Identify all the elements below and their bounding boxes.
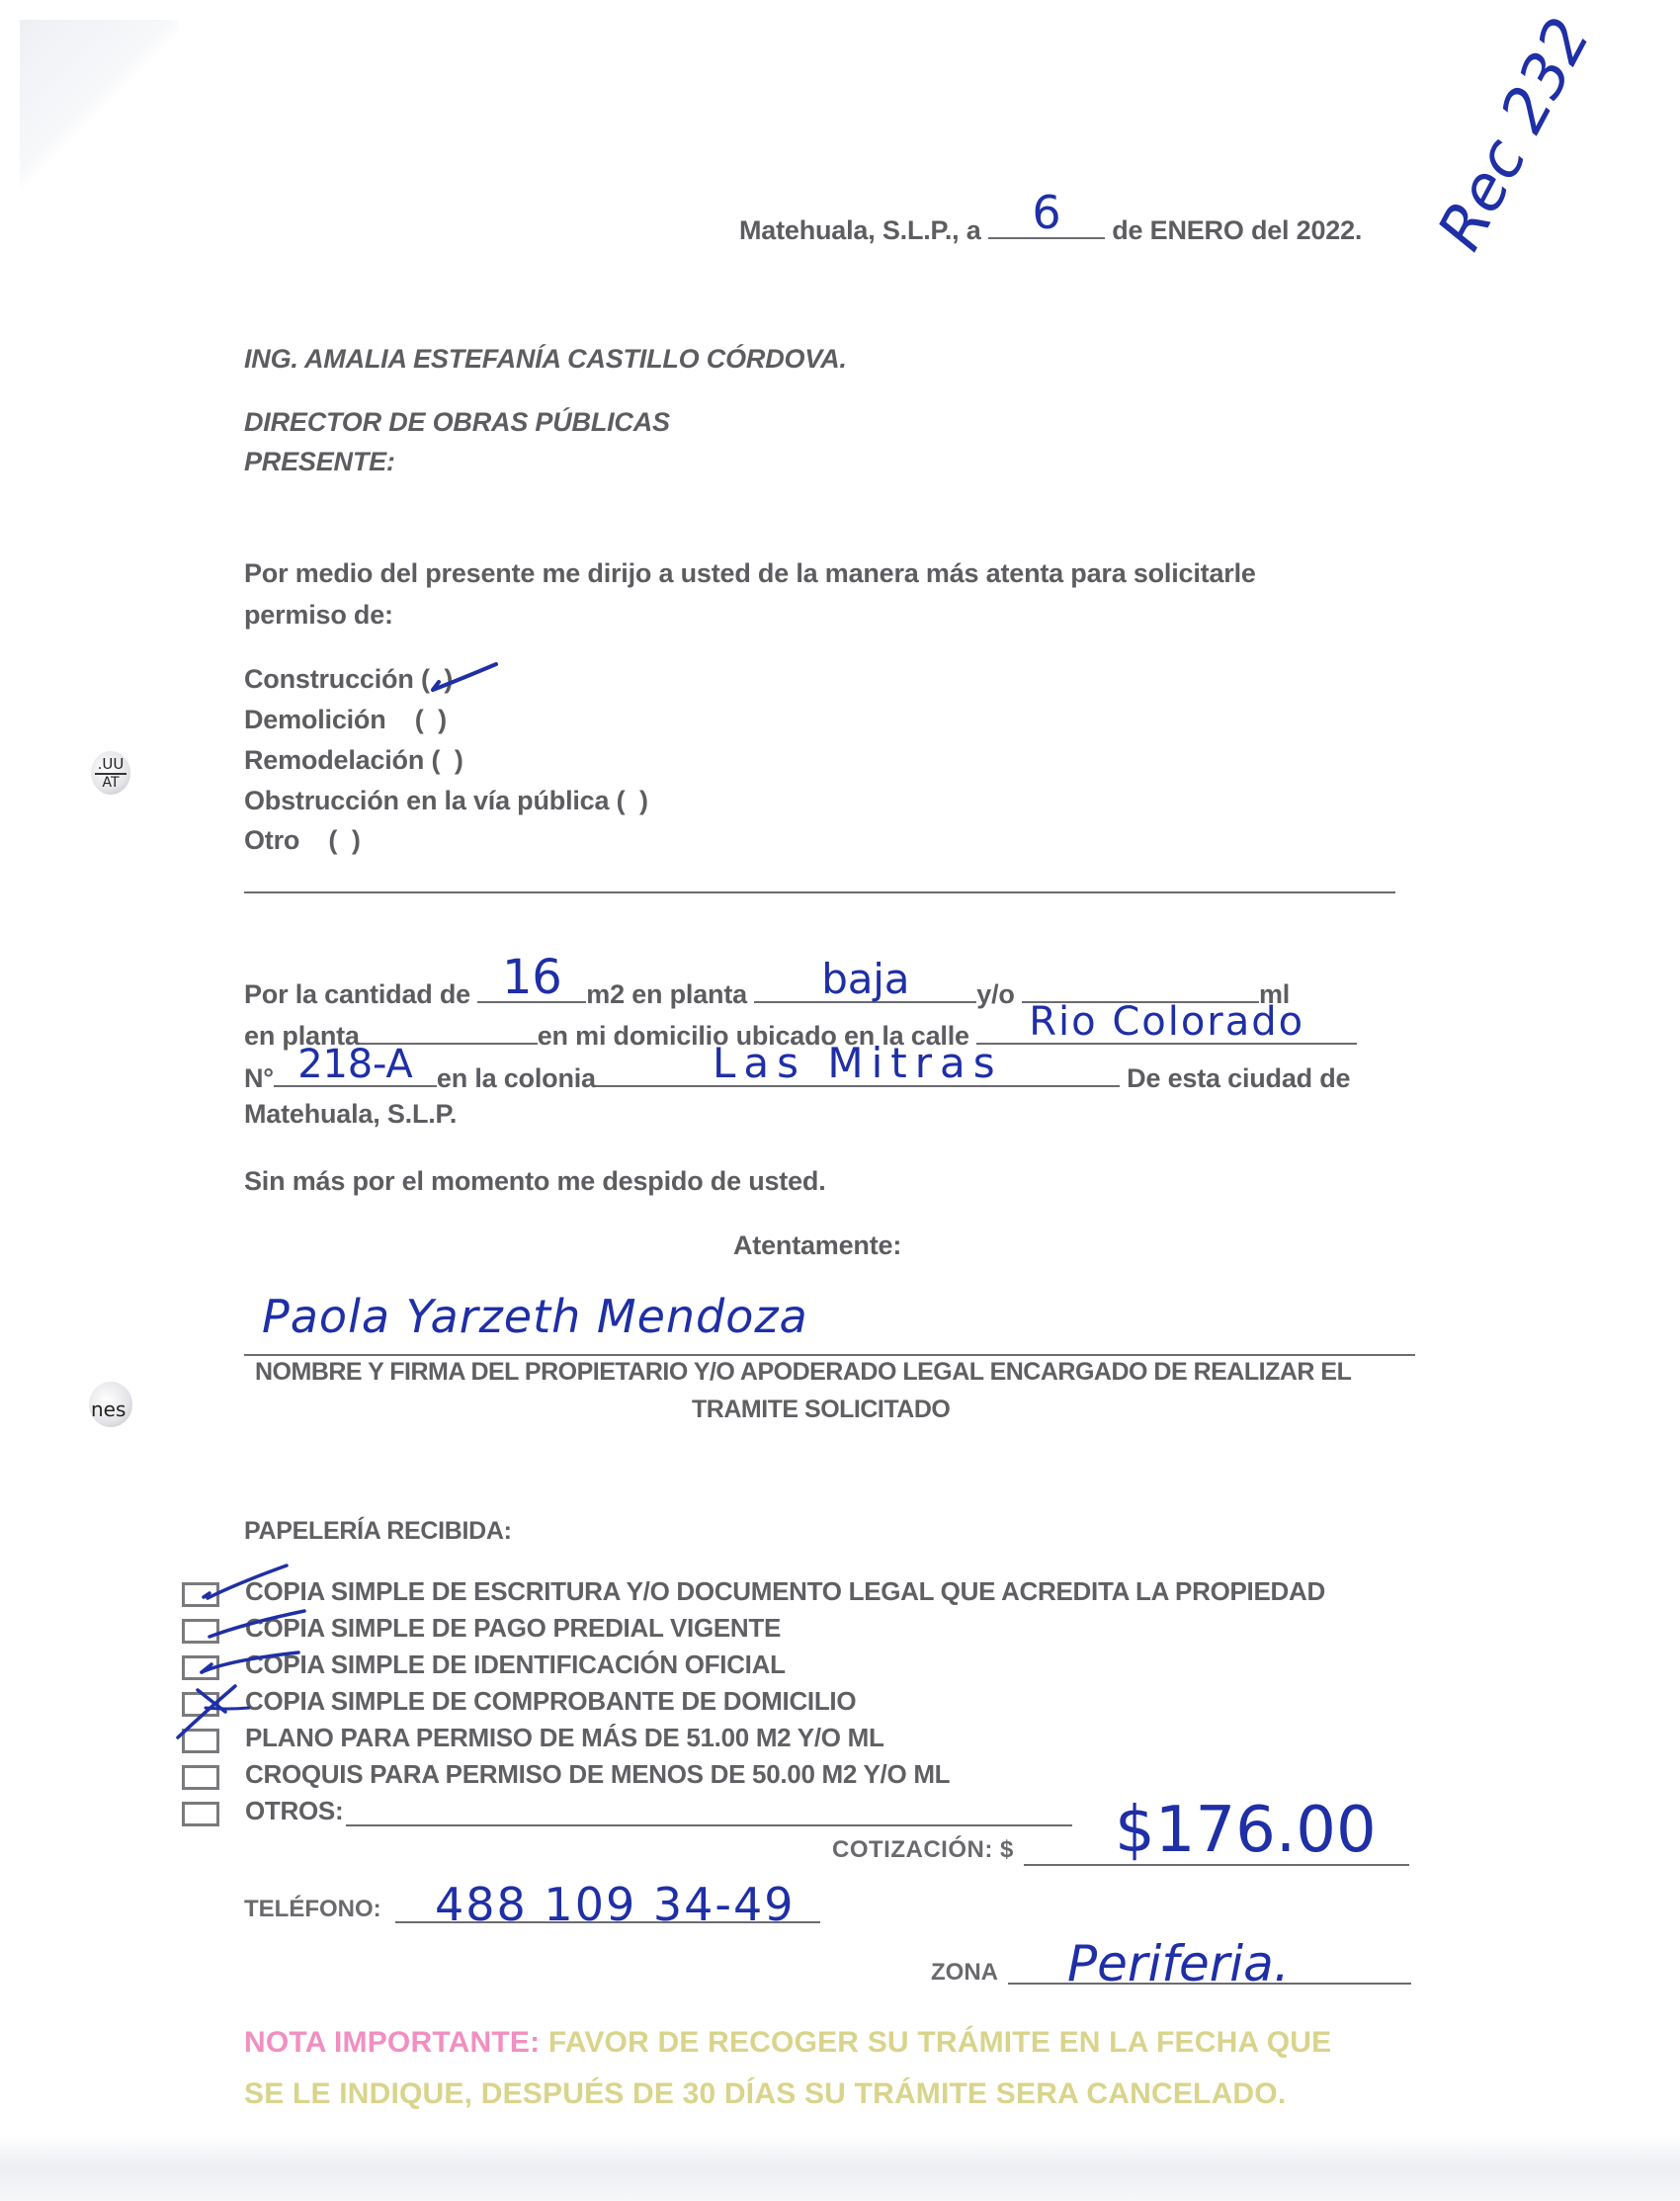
folded-corner [20, 20, 178, 198]
nota-line-2: SE LE INDIQUE, DESPUÉS DE 30 DÍAS SU TRÁ… [244, 2077, 1286, 2111]
permit-option-remodelacion[interactable]: Remodelación ( ) [244, 745, 463, 776]
recipient-title: DIRECTOR DE OBRAS PÚBLICAS [244, 407, 670, 438]
day-field[interactable]: 6 [988, 208, 1105, 239]
papeleria-item-predial: COPIA SIMPLE DE PAGO PREDIAL VIGENTE [245, 1613, 781, 1644]
papeleria-item-escritura: COPIA SIMPLE DE ESCRITURA Y/O DOCUMENTO … [245, 1576, 1325, 1607]
zona-value: Periferia. [1067, 1935, 1290, 1992]
cotizacion-value: $176.00 [1115, 1794, 1377, 1867]
nota-line-1: NOTA IMPORTANTE: FAVOR DE RECOGER SU TRÁ… [244, 2026, 1331, 2060]
signature-caption-1: NOMBRE Y FIRMA DEL PROPIETARIO Y/O APODE… [255, 1358, 1351, 1387]
atentamente-text: Atentamente: [733, 1230, 901, 1261]
permit-option-construccion[interactable]: Construcción ( ) [244, 664, 453, 695]
binder-hole-2: nes [89, 1382, 132, 1427]
permit-option-obstruccion[interactable]: Obstrucción en la vía pública ( ) [244, 786, 648, 816]
papeleria-title: PAPELERÍA RECIBIDA: [244, 1517, 512, 1546]
intro-line-2: permiso de: [244, 600, 393, 631]
date-month-year: de ENERO del 2022. [1112, 215, 1362, 245]
permit-option-demolicion[interactable]: Demolición ( ) [244, 705, 447, 735]
planta-field[interactable]: baja [754, 974, 976, 1003]
papeleria-item-plano: PLANO PARA PERMISO DE MÁS DE 51.00 M2 Y/… [245, 1723, 884, 1753]
cotizacion-label: COTIZACIÓN: $ [832, 1836, 1014, 1864]
colonia-field[interactable]: Las Mitras [596, 1058, 1120, 1087]
permit-option-otro[interactable]: Otro ( ) [244, 825, 361, 856]
telefono-value: 488 109 34-49 [435, 1878, 796, 1931]
papeleria-item-domicilio: COPIA SIMPLE DE COMPROBANTE DE DOMICILIO [245, 1686, 856, 1717]
papeleria-item-identificacion: COPIA SIMPLE DE IDENTIFICACIÓN OFICIAL [245, 1650, 786, 1680]
date-line: Matehuala, S.L.P., a 6 de ENERO del 2022… [739, 208, 1362, 246]
papeleria-item-croquis: CROQUIS PARA PERMISO DE MENOS DE 50.00 M… [245, 1759, 950, 1790]
day-value: 6 [988, 186, 1105, 239]
date-place: Matehuala, S.L.P., a [739, 215, 981, 245]
quantity-field[interactable]: 16 [477, 974, 586, 1003]
zona-label: ZONA [931, 1959, 998, 1987]
binder-hole-1: .UU AT [91, 751, 130, 795]
signature-caption-2: TRAMITE SOLICITADO [692, 1396, 950, 1424]
check-marks-icon [188, 1562, 296, 1799]
numero-field[interactable]: 218-A [274, 1058, 437, 1087]
intro-line-1: Por medio del presente me dirijo a usted… [244, 558, 1256, 589]
details-line-3: N° 218-A en la colonia Las Mitras De est… [244, 1058, 1350, 1094]
closing-text: Sin más por el momento me despido de ust… [244, 1166, 826, 1197]
otro-line[interactable] [244, 891, 1395, 893]
check-mark-icon [429, 662, 508, 702]
signature: Paola Yarzeth Mendoza [262, 1290, 808, 1343]
checkbox-otros[interactable] [182, 1802, 219, 1826]
recipient-name: ING. AMALIA ESTEFANÍA CASTILLO CÓRDOVA. [244, 344, 847, 375]
nota-label: NOTA IMPORTANTE: [244, 2026, 540, 2059]
telefono-label: TELÉFONO: [244, 1896, 381, 1923]
recipient-salutation: PRESENTE: [244, 447, 395, 477]
ciudad-value: Matehuala, S.L.P. [244, 1099, 457, 1130]
en-planta-field[interactable] [360, 1015, 538, 1045]
otros-line[interactable] [346, 1824, 1072, 1826]
papeleria-item-otros: OTROS: [245, 1796, 343, 1826]
signature-line[interactable] [244, 1354, 1415, 1356]
